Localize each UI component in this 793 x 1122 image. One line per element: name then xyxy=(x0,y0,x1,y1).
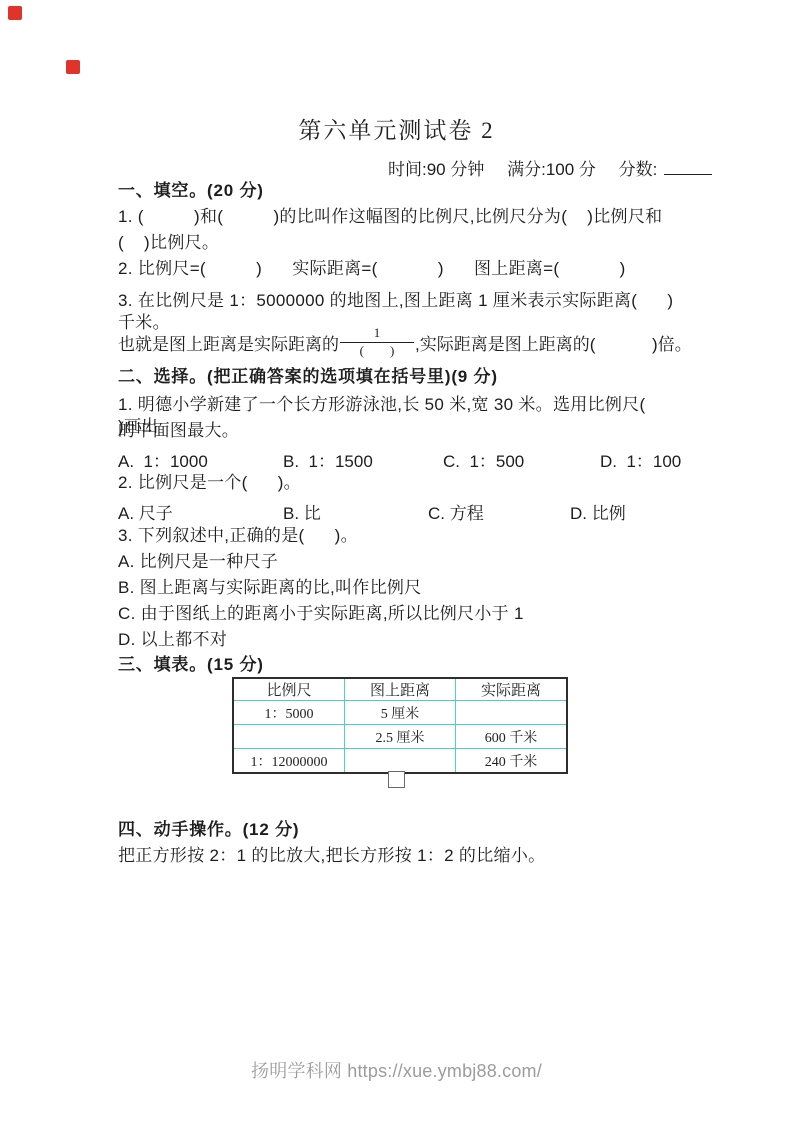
red-square-icon xyxy=(66,60,80,74)
option-b: B. 1：1500 xyxy=(283,447,373,472)
section2-q3: 3. 下列叙述中,正确的是( )。 xyxy=(118,525,680,547)
fraction-numerator: 1 xyxy=(340,326,414,343)
section2-q3-option-a: A. 比例尺是一种尺子 xyxy=(118,551,680,573)
section3-heading: 三、填表。(15 分) xyxy=(118,654,680,676)
cell: 2.5 厘米 xyxy=(345,725,456,749)
section2-heading: 二、选择。(把正确答案的选项填在括号里)(9 分) xyxy=(118,366,680,388)
col-header-scale: 比例尺 xyxy=(233,678,345,701)
col-header-map-distance: 图上距离 xyxy=(345,678,456,701)
section2-q3-option-b: B. 图上距离与实际距离的比,叫作比例尺 xyxy=(118,577,680,599)
page-title: 第六单元测试卷 2 xyxy=(0,112,793,145)
cell xyxy=(233,725,345,749)
option-c: C. 方程 xyxy=(428,499,484,524)
option-b: B. 比 xyxy=(283,499,321,524)
full-score-label: 满分:100 分 xyxy=(507,160,596,179)
cell: 600 千米 xyxy=(456,725,568,749)
section2-q2: 2. 比例尺是一个( )。 xyxy=(118,472,680,494)
option-a: A. 尺子 xyxy=(118,499,173,524)
cell: 5 厘米 xyxy=(345,701,456,725)
score-label: 分数: xyxy=(619,160,658,179)
section2-q2-options: A. 尺子 B. 比 C. 方程 D. 比例 xyxy=(118,499,680,523)
section1-q3-line2: 也就是图上距离是实际距离的 1 ( ) ,实际距离是图上距离的( )倍。 xyxy=(118,320,693,364)
red-square-icon xyxy=(8,6,22,20)
section2-q1-line2: 的平面图最大。 xyxy=(118,420,680,442)
cell: 240 千米 xyxy=(456,749,568,774)
fraction-suffix-text: ,实际距离是图上距离的( )倍。 xyxy=(415,330,692,355)
option-d: D. 比例 xyxy=(570,499,626,524)
watermark-footer: 扬明学科网 https://xue.ymbj88.com/ xyxy=(0,1057,793,1083)
section2-q1-options: A. 1：1000 B. 1：1500 C. 1：500 D. 1：100 xyxy=(118,447,680,471)
test-paper-page: 第六单元测试卷 2 时间:90 分钟 满分:100 分 分数: 一、填空。(20… xyxy=(0,0,793,1122)
fraction: 1 ( ) xyxy=(340,326,414,359)
section1-q1-line2: ( )比例尺。 xyxy=(118,232,680,254)
section2-q3-option-c: C. 由于图纸上的距离小于实际距离,所以比例尺小于 1 xyxy=(118,603,680,625)
fraction-prefix-text: 也就是图上距离是实际距离的 xyxy=(118,330,339,355)
score-blank-line xyxy=(664,159,712,175)
scale-fill-table: 比例尺 图上距离 实际距离 1：5000 5 厘米 2.5 厘米 600 千米 … xyxy=(232,677,568,774)
section1-q2: 2. 比例尺=( ) 实际距离=( ) 图上距离=( ) xyxy=(118,258,680,280)
table-row: 2.5 厘米 600 千米 xyxy=(233,725,567,749)
cell xyxy=(456,701,568,725)
col-header-actual-distance: 实际距离 xyxy=(456,678,568,701)
cell xyxy=(345,749,456,774)
table-row: 1：12000000 240 千米 xyxy=(233,749,567,774)
section2-q3-option-d: D. 以上都不对 xyxy=(118,629,680,651)
cell: 1：12000000 xyxy=(233,749,345,774)
option-c: C. 1：500 xyxy=(443,447,524,472)
option-a: A. 1：1000 xyxy=(118,447,208,472)
section1-q1-line1: 1. ( )和( )的比叫作这幅图的比例尺,比例尺分为( )比例尺和 xyxy=(118,206,680,228)
exam-meta-line: 时间:90 分钟 满分:100 分 分数: xyxy=(388,155,712,180)
section1-heading: 一、填空。(20 分) xyxy=(118,180,680,202)
table-header-row: 比例尺 图上距离 实际距离 xyxy=(233,678,567,701)
option-d: D. 1：100 xyxy=(600,447,681,472)
table-row: 1：5000 5 厘米 xyxy=(233,701,567,725)
fraction-denominator: ( ) xyxy=(340,344,414,359)
cell: 1：5000 xyxy=(233,701,345,725)
section4-instruction: 把正方形按 2：1 的比放大,把长方形按 1：2 的比缩小。 xyxy=(118,845,680,867)
time-label: 时间:90 分钟 xyxy=(388,160,484,179)
table-resize-handle xyxy=(388,771,405,788)
section4-heading: 四、动手操作。(12 分) xyxy=(118,819,680,841)
